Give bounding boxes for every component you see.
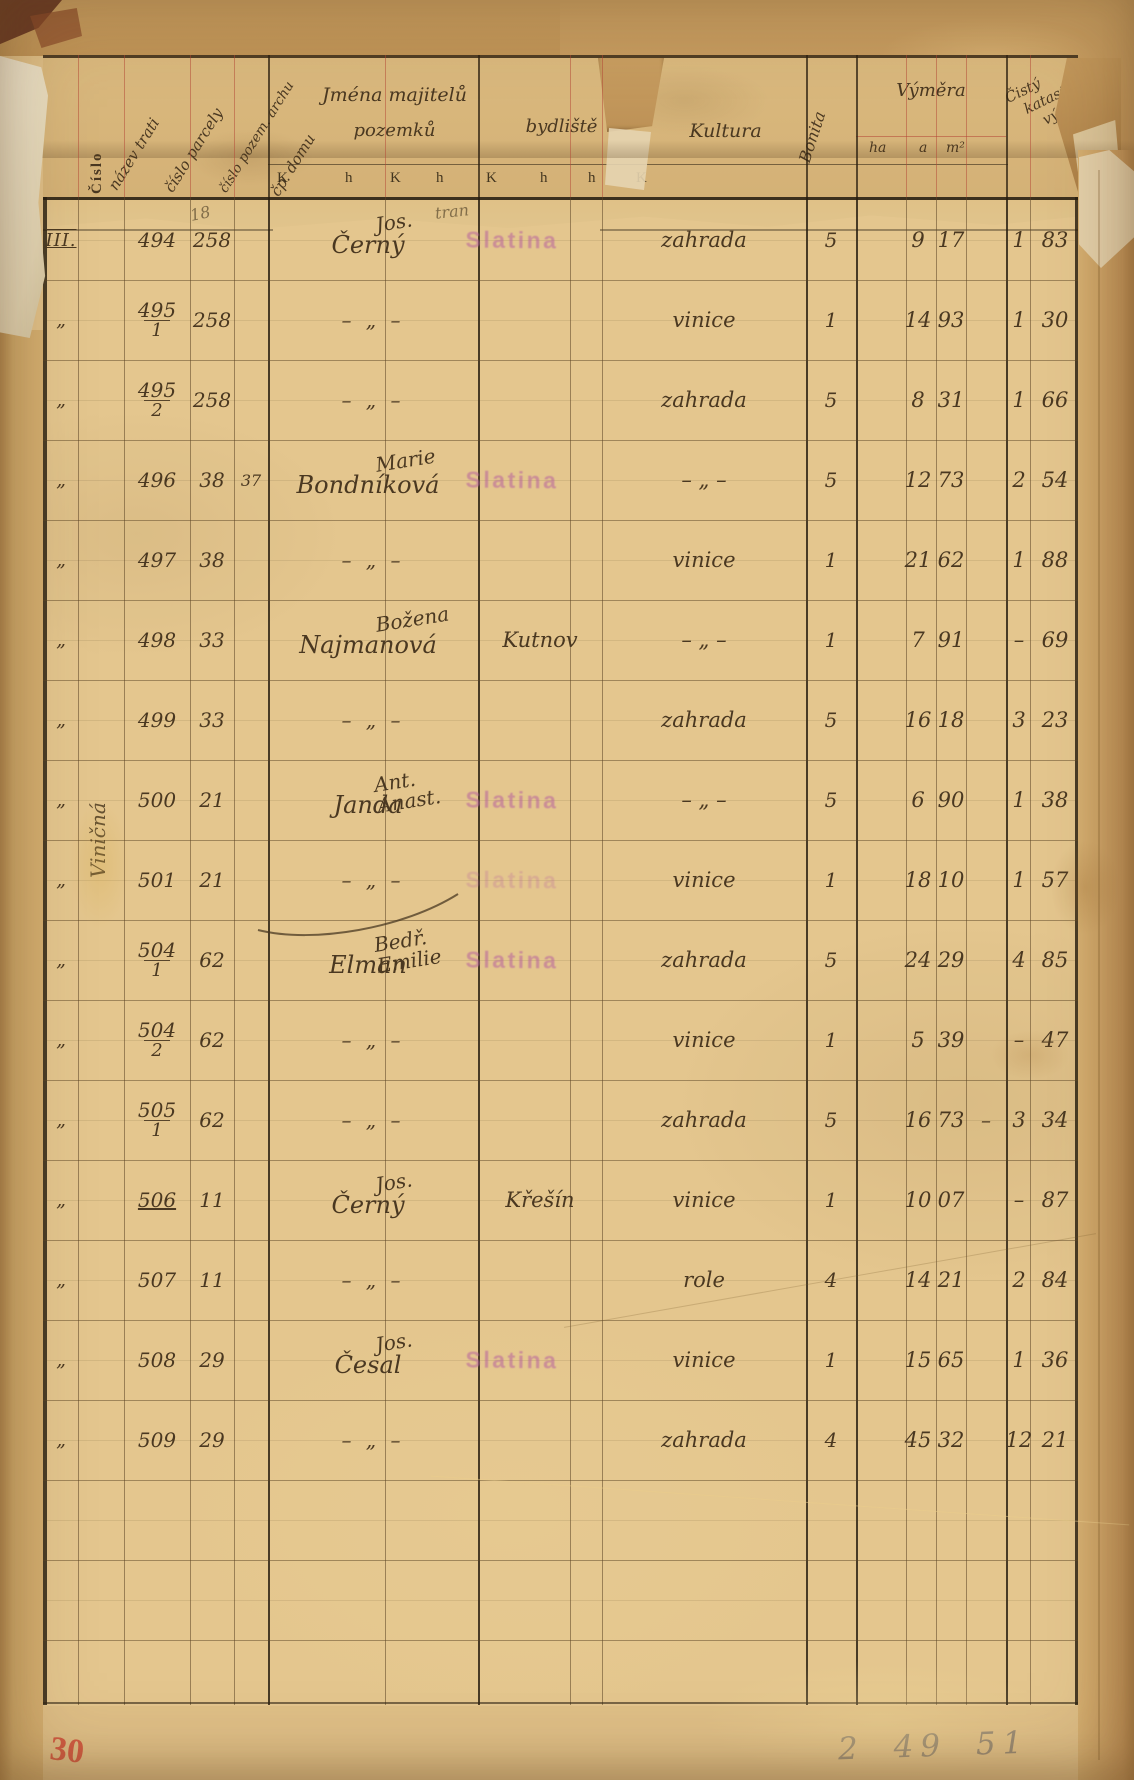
cell-vymera-m2: 90 [932, 760, 970, 840]
cell-arch-number: 258 [190, 280, 234, 360]
cell-vymera-m2: 17 [932, 200, 970, 280]
cell-arch-number: 62 [190, 1080, 234, 1160]
parcel-numerator: 507 [138, 1270, 176, 1290]
parcel-numerator: 494 [138, 230, 176, 250]
cell-owner-ditto: – „ – [268, 1000, 478, 1080]
cell-owner-ditto: – „ – [268, 1240, 478, 1320]
cell-section: „ [43, 600, 79, 680]
cell-vymera-m2: 32 [932, 1400, 970, 1480]
parcel-numerator: 497 [138, 550, 176, 570]
table-row: „ 509 29 – „ – zahrada 4 45 32 12 21 [43, 1400, 1078, 1480]
cell-arch-number: 21 [190, 760, 234, 840]
cell-vymera-m2: 18 [932, 680, 970, 760]
residence-stamp: Slatina [467, 440, 558, 521]
cell-kultura: zahrada [602, 360, 806, 440]
shadow [0, 140, 1134, 158]
cell-parcel-number: 506 [124, 1160, 190, 1240]
cell-kultura: role [602, 1240, 806, 1320]
grid-line [906, 55, 907, 197]
cell-vymera-m2: 65 [932, 1320, 970, 1400]
grid-line [43, 1702, 1078, 1704]
cell-owner-ditto: – „ – [268, 1080, 478, 1160]
cell-arch-number: 29 [190, 1320, 234, 1400]
cell-bonita: 1 [806, 840, 856, 920]
grid-line [385, 55, 386, 197]
cell-kultura: vinice [602, 520, 806, 600]
table-row: „ 500 21 Janda Ant. Anast. Slatina – „ –… [43, 760, 1078, 840]
cell-parcel-number: 495 1 [124, 280, 190, 360]
cell-vynos-k: 1 [1002, 200, 1036, 280]
cell-vynos-h: 88 [1032, 520, 1078, 600]
cell-parcel-number: 501 [124, 840, 190, 920]
cell-section: „ [43, 1160, 79, 1240]
cell-vynos-h: 30 [1032, 280, 1078, 360]
cell-arch-number: 11 [190, 1240, 234, 1320]
cell-parcel-number: 509 [124, 1400, 190, 1480]
cell-vynos-h: 21 [1032, 1400, 1078, 1480]
grid-line [856, 55, 858, 197]
grid-line [1006, 55, 1008, 197]
table-row: „ 504 1 62 Elman Bedř. Emilie Slatina za… [43, 920, 1078, 1000]
grid-line [936, 55, 937, 197]
cell-parcel-number: 504 1 [124, 920, 190, 1000]
cell-arch-number: 62 [190, 1000, 234, 1080]
cell-section: „ [43, 360, 79, 440]
table-row: „ 504 2 62 – „ – vinice 1 5 39 – 47 [43, 1000, 1078, 1080]
cell-vynos-h: 54 [1032, 440, 1078, 520]
cell-bonita: 1 [806, 280, 856, 360]
cell-section: „ [43, 920, 79, 1000]
cell-vynos-k: 1 [1002, 760, 1036, 840]
parcel-numerator: 504 [138, 1020, 176, 1040]
parcel-denominator: 1 [144, 1120, 169, 1140]
cell-section: „ [43, 520, 79, 600]
cell-kultura: vinice [602, 840, 806, 920]
cell-vymera-m2: 62 [932, 520, 970, 600]
tract-name-note: Viničná [78, 750, 118, 930]
cell-vynos-k: 12 [1002, 1400, 1036, 1480]
paper-tear [605, 128, 655, 194]
cell-bonita: 5 [806, 360, 856, 440]
parcel-numerator: 501 [138, 870, 176, 890]
parcel-numerator: 500 [138, 790, 176, 810]
cell-vymera-m2: 91 [932, 600, 970, 680]
cell-vynos-k: 1 [1002, 280, 1036, 360]
grid-line [478, 55, 480, 197]
cell-vynos-h: 85 [1032, 920, 1078, 1000]
cell-kultura: zahrada [602, 680, 806, 760]
cell-bonita: 1 [806, 520, 856, 600]
grid-line [43, 1640, 1078, 1641]
table-row: „ 507 11 – „ – role 4 14 21 2 84 [43, 1240, 1078, 1320]
grid-line [43, 1560, 1078, 1561]
parcel-numerator: 509 [138, 1430, 176, 1450]
pen-flourish [252, 888, 464, 938]
cell-section: „ [43, 840, 79, 920]
parcel-numerator: 495 [138, 380, 176, 400]
cell-vynos-k: 1 [1002, 1320, 1036, 1400]
cell-vynos-h: 69 [1032, 600, 1078, 680]
cell-section: III. [43, 200, 79, 280]
residence-stamp: Slatina [467, 840, 558, 921]
cell-kultura: vinice [602, 280, 806, 360]
cell-section: „ [43, 1080, 79, 1160]
table-row: „ 499 33 – „ – zahrada 5 16 18 3 23 [43, 680, 1078, 760]
currency-mark: K [486, 170, 497, 187]
cell-bonita: 1 [806, 1320, 856, 1400]
cell-parcel-number: 496 [124, 440, 190, 520]
cell-parcel-number: 507 [124, 1240, 190, 1320]
table-row: „ 508 29 Česal Jos. Slatina vinice 1 15 … [43, 1320, 1078, 1400]
cell-vynos-h: 83 [1032, 200, 1078, 280]
cell-parcel-number: 504 2 [124, 1000, 190, 1080]
currency-mark: h [588, 170, 596, 187]
left-margin [0, 330, 43, 1780]
table-row: III. 494 258 Černý Jos. Slatina zahrada … [43, 200, 1078, 280]
residence-stamp: Slatina [467, 1320, 558, 1401]
cell-kultura: vinice [602, 1000, 806, 1080]
cell-parcel-number: 508 [124, 1320, 190, 1400]
cell-vynos-h: 84 [1032, 1240, 1078, 1320]
cell-section: „ [43, 1240, 79, 1320]
cell-vymera-m2: 10 [932, 840, 970, 920]
cell-kultura: – „ – [602, 600, 806, 680]
currency-mark: h [345, 170, 353, 187]
cadastral-register-page: Číslo název trati číslo parcely číslo po… [0, 0, 1134, 1780]
cell-vymera-m2: 93 [932, 280, 970, 360]
grid-line [43, 1600, 1078, 1601]
table-row: „ 497 38 – „ – vinice 1 21 62 1 88 [43, 520, 1078, 600]
cell-owner-ditto: – „ – [268, 520, 478, 600]
grid-line [602, 55, 603, 197]
parcel-numerator: 508 [138, 1350, 176, 1370]
cell-bonita: 1 [806, 1160, 856, 1240]
right-margin [1078, 150, 1134, 1780]
parcel-denominator: 2 [144, 400, 169, 420]
cell-vynos-h: 23 [1032, 680, 1078, 760]
cell-vynos-h: 47 [1032, 1000, 1078, 1080]
grid-line [43, 1520, 1078, 1521]
cell-vynos-k: 3 [1002, 680, 1036, 760]
cell-arch-number: 38 [190, 520, 234, 600]
parcel-denominator: 1 [144, 320, 169, 340]
cell-vynos-h: 66 [1032, 360, 1078, 440]
cell-bonita: 5 [806, 1080, 856, 1160]
cell-vynos-k: – [1002, 1160, 1036, 1240]
parcel-numerator: 504 [138, 940, 176, 960]
parcel-denominator: 2 [144, 1040, 169, 1060]
table-row: „ 505 1 62 – „ – zahrada 5 16 73 – 3 34 [43, 1080, 1078, 1160]
currency-mark: h [540, 170, 548, 187]
cell-vynos-k: – [1002, 600, 1036, 680]
cell-arch-number: 258 [190, 360, 234, 440]
table-row: „ 506 11 Černý Jos. Křešín vinice 1 10 0… [43, 1160, 1078, 1240]
cell-bonita: 5 [806, 200, 856, 280]
residence-stamp: Slatina [467, 760, 558, 841]
cell-arch-number: 258 [190, 200, 234, 280]
cell-vynos-k: 1 [1002, 360, 1036, 440]
cell-kultura: zahrada [602, 200, 806, 280]
cell-vymera-m2: 39 [932, 1000, 970, 1080]
grid-line [966, 55, 967, 197]
cell-section: „ [43, 1000, 79, 1080]
cell-vynos-h: 36 [1032, 1320, 1078, 1400]
cell-bonita: 5 [806, 760, 856, 840]
cell-arch-number: 33 [190, 680, 234, 760]
cell-vymera-m2: 31 [932, 360, 970, 440]
cell-vymera-m2: 29 [932, 920, 970, 1000]
residence-stamp: Slatina [467, 200, 558, 281]
cell-kultura: zahrada [602, 1400, 806, 1480]
cell-kultura: vinice [602, 1160, 806, 1240]
grid-line [1030, 55, 1031, 197]
parcel-numerator: 505 [138, 1100, 176, 1120]
grid-line [78, 55, 79, 197]
cell-arch-number: 62 [190, 920, 234, 1000]
grid-line [570, 55, 571, 197]
table-header: Číslo název trati číslo parcely číslo po… [43, 55, 1078, 200]
cell-section: „ [43, 680, 79, 760]
cell-bonita: 1 [806, 1000, 856, 1080]
cell-bonita: 5 [806, 920, 856, 1000]
parcel-numerator: 495 [138, 300, 176, 320]
table-row: „ 498 33 Najmanová Božena Kutnov – „ – 1… [43, 600, 1078, 680]
grid-line [43, 1480, 1078, 1481]
cell-parcel-number: 500 [124, 760, 190, 840]
grid-line [268, 55, 270, 197]
cell-vymera-m2: 21 [932, 1240, 970, 1320]
cell-parcel-number: 505 1 [124, 1080, 190, 1160]
cell-vynos-h: 87 [1032, 1160, 1078, 1240]
cell-arch-number: 38 [190, 440, 234, 520]
cell-kultura: – „ – [602, 760, 806, 840]
cell-vynos-k: – [1002, 1000, 1036, 1080]
cell-parcel-number: 497 [124, 520, 190, 600]
cell-section: „ [43, 280, 79, 360]
cell-section: „ [43, 1320, 79, 1400]
table-row: „ 495 1 258 – „ – vinice 1 14 93 1 30 [43, 280, 1078, 360]
cell-section: „ [43, 1400, 79, 1480]
parcel-numerator: 506 [138, 1190, 176, 1210]
parcel-numerator: 498 [138, 630, 176, 650]
column-header-jmena: Jména majitelů [268, 84, 521, 106]
table-row: „ 501 21 – „ – Slatina vinice 1 18 10 1 … [43, 840, 1078, 920]
cell-dash: – [966, 1080, 1006, 1160]
cell-kultura: vinice [602, 1320, 806, 1400]
cell-arch-number: 11 [190, 1160, 234, 1240]
cell-section: „ [43, 440, 79, 520]
cell-residence: Křešín [478, 1160, 602, 1240]
grid-line [124, 55, 125, 197]
sheet-number-stamp: 30 [48, 1730, 86, 1772]
grid-line [806, 55, 808, 197]
table-row: „ 495 2 258 – „ – zahrada 5 8 31 1 66 [43, 360, 1078, 440]
cell-owner-ditto: – „ – [268, 280, 478, 360]
parcel-numerator: 499 [138, 710, 176, 730]
grid-line [234, 55, 235, 197]
cell-parcel-number: 498 [124, 600, 190, 680]
cell-parcel-number: 495 2 [124, 360, 190, 440]
torn-white-scrap [0, 56, 48, 338]
cell-kultura: zahrada [602, 1080, 806, 1160]
residence-stamp: Slatina [467, 920, 558, 1001]
cell-vymera-m2: 73 [932, 440, 970, 520]
cell-vynos-k: 4 [1002, 920, 1036, 1000]
column-header-cislo: Číslo [89, 66, 106, 194]
table-rows: III. 494 258 Černý Jos. Slatina zahrada … [43, 200, 1078, 1480]
cell-house-number: 37 [234, 440, 268, 520]
cell-kultura: zahrada [602, 920, 806, 1000]
cell-bonita: 4 [806, 1400, 856, 1480]
cell-residence: Kutnov [478, 600, 602, 680]
cell-vynos-k: 2 [1002, 1240, 1036, 1320]
cell-vynos-k: 3 [1002, 1080, 1036, 1160]
currency-mark: h [436, 170, 444, 187]
cell-bonita: 4 [806, 1240, 856, 1320]
cell-owner-ditto: – „ – [268, 1400, 478, 1480]
currency-mark: K [277, 170, 288, 187]
cell-vynos-h: 38 [1032, 760, 1078, 840]
pencil-note: 2 49 51 [837, 1725, 1029, 1768]
cell-arch-number: 21 [190, 840, 234, 920]
cell-bonita: 5 [806, 680, 856, 760]
cell-parcel-number: 499 [124, 680, 190, 760]
crease [1098, 170, 1100, 1760]
cell-owner-ditto: – „ – [268, 680, 478, 760]
cell-arch-number: 33 [190, 600, 234, 680]
cell-vynos-k: 1 [1002, 840, 1036, 920]
column-header-vymera: Výměra [856, 80, 1006, 101]
grid-line [190, 55, 191, 197]
cell-vynos-k: 1 [1002, 520, 1036, 600]
cell-arch-number: 29 [190, 1400, 234, 1480]
cell-vymera-m2: 73 [932, 1080, 970, 1160]
cell-parcel-number: 494 [124, 200, 190, 280]
table-row: „ 496 38 37 Bondníková Marie Slatina – „… [43, 440, 1078, 520]
cell-bonita: 1 [806, 600, 856, 680]
parcel-denominator: 1 [144, 960, 169, 980]
cell-kultura: – „ – [602, 440, 806, 520]
cell-section: „ [43, 760, 79, 840]
cell-vynos-h: 34 [1032, 1080, 1078, 1160]
divider [856, 136, 1006, 137]
cell-owner-ditto: – „ – [268, 360, 478, 440]
cell-vymera-m2: 07 [932, 1160, 970, 1240]
cell-bonita: 5 [806, 440, 856, 520]
currency-mark: K [390, 170, 401, 187]
parcel-numerator: 496 [138, 470, 176, 490]
cell-vynos-h: 57 [1032, 840, 1078, 920]
cell-vynos-k: 2 [1002, 440, 1036, 520]
